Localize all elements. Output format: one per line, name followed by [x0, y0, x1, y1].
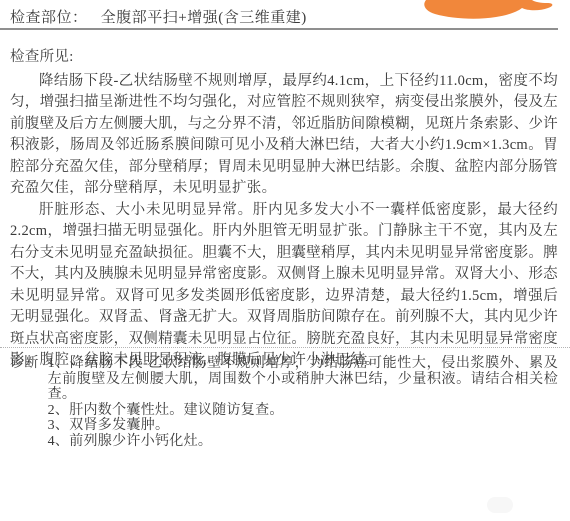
findings-paragraph-1: 降结肠下段-乙状结肠壁不规则增厚，最厚约4.1cm，上下径约11.0cm，密度不… — [10, 71, 558, 200]
diagnosis-section: 诊断 1、降结肠下段-乙状结肠壁不规则增厚，为结肠癌可能性大，侵出浆膜外、累及左… — [10, 356, 558, 449]
diagnosis-item-3: 3、双肾多发囊肿。 — [48, 418, 558, 434]
diagnosis-item-1: 1、降结肠下段-乙状结肠壁不规则增厚，为结肠癌可能性大，侵出浆膜外、累及左前腹壁… — [48, 356, 558, 403]
exam-site-row: 检查部位： 全腹部平扫+增强(含三维重建) — [10, 6, 307, 27]
orange-smudge-icon — [420, 0, 557, 21]
diagnosis-item-4: 4、前列腺少许小钙化灶。 — [48, 434, 558, 450]
findings-paragraph-2: 肝脏形态、大小未见明显异常。肝内见多发大小不一囊样低密度影，最大径约2.2cm，… — [10, 200, 558, 372]
medical-report-page: 检查部位： 全腹部平扫+增强(含三维重建) 检查所见: 降结肠下段-乙状结肠壁不… — [0, 0, 570, 521]
faint-smudge — [487, 497, 513, 513]
diagnosis-label: 诊断 — [10, 356, 39, 372]
header-divider — [0, 28, 558, 30]
findings-section: 检查所见: 降结肠下段-乙状结肠壁不规则增厚，最厚约4.1cm，上下径约11.0… — [10, 47, 558, 372]
exam-site-value: 全腹部平扫+增强(含三维重建) — [101, 10, 307, 26]
diagnosis-list: 1、降结肠下段-乙状结肠壁不规则增厚，为结肠癌可能性大，侵出浆膜外、累及左前腹壁… — [48, 356, 558, 449]
diagnosis-divider — [0, 347, 570, 348]
exam-site-label: 检查部位： — [10, 10, 88, 26]
diagnosis-item-2: 2、肝内数个囊性灶。建议随访复查。 — [48, 403, 558, 419]
findings-heading: 检查所见: — [10, 47, 558, 69]
